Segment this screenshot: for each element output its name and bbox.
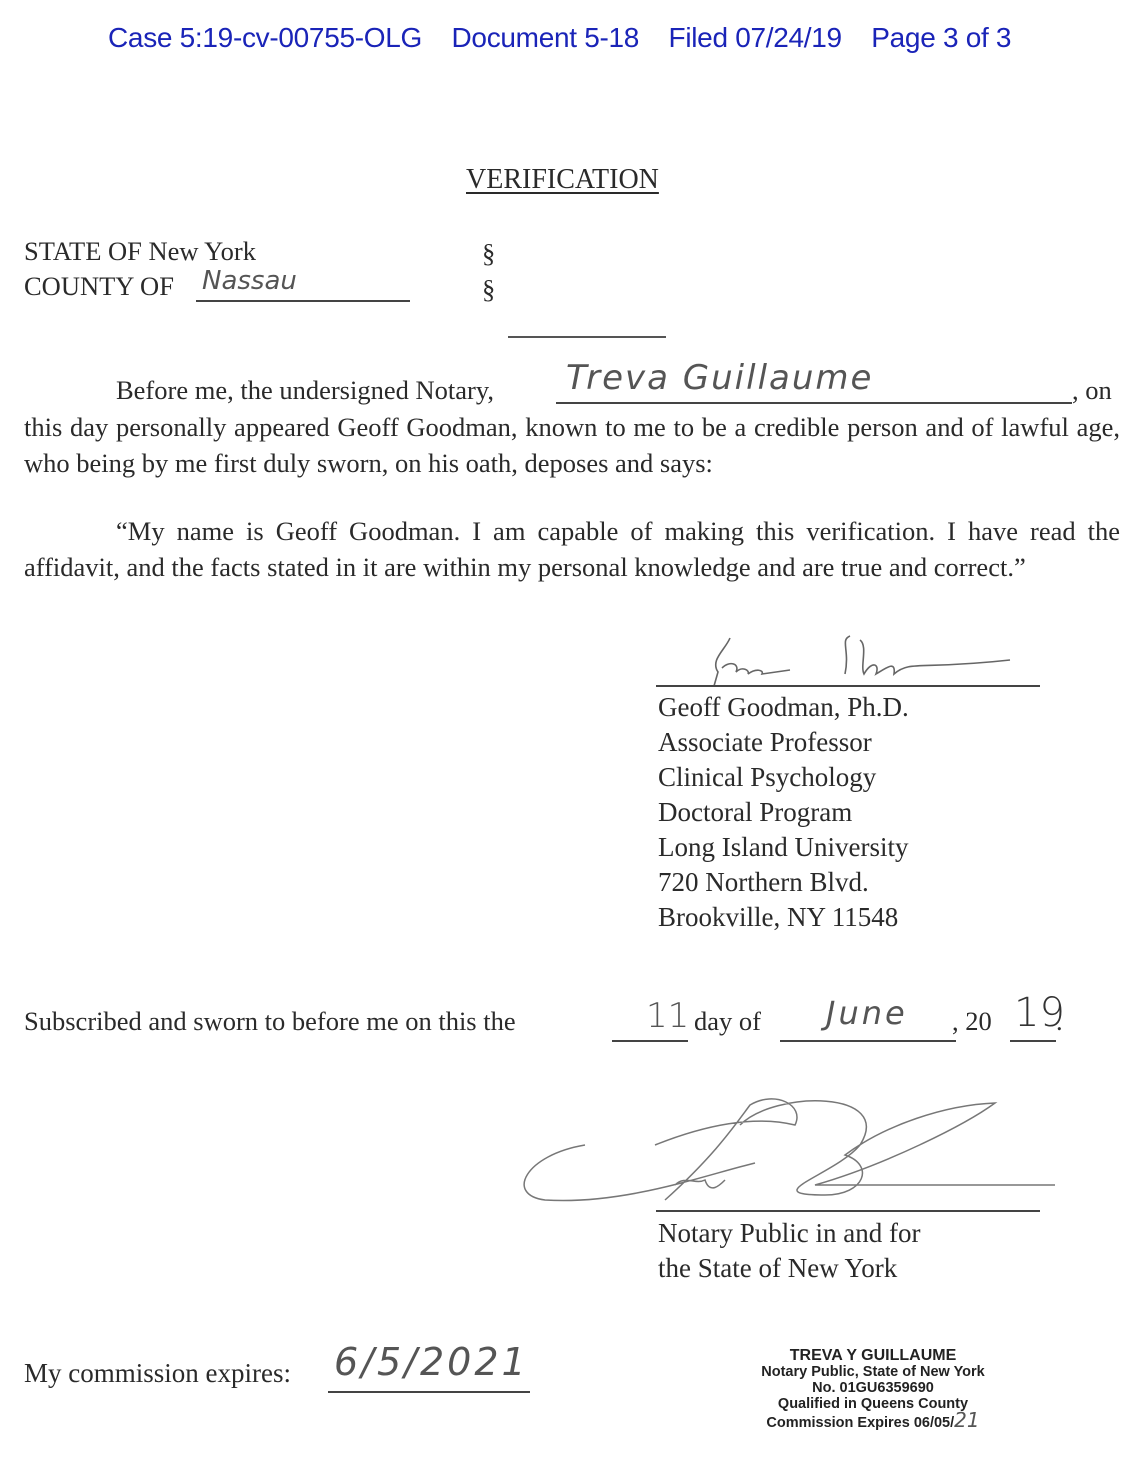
- notary-name-underline: [556, 402, 1072, 404]
- filed-date: Filed 07/24/19: [669, 22, 842, 53]
- stamp-expires: Commission Expires 06/05/21: [738, 1412, 1008, 1431]
- stamp-number: No. 01GU6359690: [738, 1380, 1008, 1396]
- section-symbol: §: [482, 238, 495, 269]
- affiant-signature: [700, 630, 1040, 690]
- affiant-name: Geoff Goodman, Ph.D.: [658, 690, 909, 725]
- month-underline: [780, 1040, 956, 1042]
- section-symbol: §: [482, 274, 495, 305]
- subscribed-prefix: Subscribed and sworn to before me on thi…: [24, 1006, 516, 1037]
- notary-name-handwritten: Treva Guillaume: [566, 358, 873, 398]
- verification-statement: “My name is Geoff Goodman. I am capable …: [24, 514, 1120, 585]
- affiant-city: Brookville, NY 11548: [658, 900, 909, 935]
- day-underline: [612, 1040, 688, 1042]
- notary-stamp: TREVA Y GUILLAUME Notary Public, State o…: [738, 1348, 1008, 1431]
- day-of-label: day of: [694, 1006, 761, 1037]
- affiant-street: 720 Northern Blvd.: [658, 865, 909, 900]
- commission-label: My commission expires:: [24, 1358, 291, 1389]
- notary-signature-line: [656, 1210, 1040, 1212]
- affiant-program: Doctoral Program: [658, 795, 909, 830]
- state-label: STATE OF New York: [24, 236, 256, 267]
- notary-caption-line1: Notary Public in and for: [658, 1216, 920, 1251]
- notary-caption: Notary Public in and for the State of Ne…: [658, 1216, 920, 1286]
- county-underline: [196, 300, 410, 302]
- year-prefix: , 20: [952, 1006, 992, 1037]
- county-handwritten: Nassau: [202, 266, 297, 296]
- intro-after: , on: [1072, 375, 1112, 406]
- stamp-handwritten-year: 21: [954, 1408, 979, 1432]
- stamp-title: Notary Public, State of New York: [738, 1364, 1008, 1380]
- affiant-department: Clinical Psychology: [658, 760, 909, 795]
- page-number: Page 3 of 3: [871, 22, 1011, 53]
- notary-caption-line2: the State of New York: [658, 1251, 920, 1286]
- case-header: Case 5:19-cv-00755-OLG Document 5-18 Fil…: [108, 22, 1011, 54]
- case-number: Case 5:19-cv-00755-OLG: [108, 22, 422, 53]
- document-title: VERIFICATION: [466, 164, 659, 196]
- day-handwritten: 11: [646, 996, 689, 1036]
- stamp-name: TREVA Y GUILLAUME: [738, 1348, 1008, 1364]
- affiant-title: Associate Professor: [658, 725, 909, 760]
- affiant-block: Geoff Goodman, Ph.D. Associate Professor…: [658, 690, 909, 935]
- intro-paragraph: this day personally appeared Geoff Goodm…: [24, 410, 1120, 481]
- intro-before: Before me, the undersigned Notary,: [116, 375, 494, 406]
- subscribed-end: .: [1056, 1006, 1063, 1037]
- month-handwritten: June: [826, 994, 908, 1032]
- commission-underline: [328, 1391, 530, 1393]
- county-label: COUNTY OF: [24, 271, 174, 302]
- document-number: Document 5-18: [452, 22, 640, 53]
- commission-date-handwritten: 6/5/2021: [334, 1340, 529, 1384]
- affiant-signature-line: [656, 685, 1040, 687]
- year-underline: [1010, 1040, 1056, 1042]
- notary-name-overline: [508, 336, 666, 338]
- notary-signature: [505, 1085, 1065, 1215]
- affiant-university: Long Island University: [658, 830, 909, 865]
